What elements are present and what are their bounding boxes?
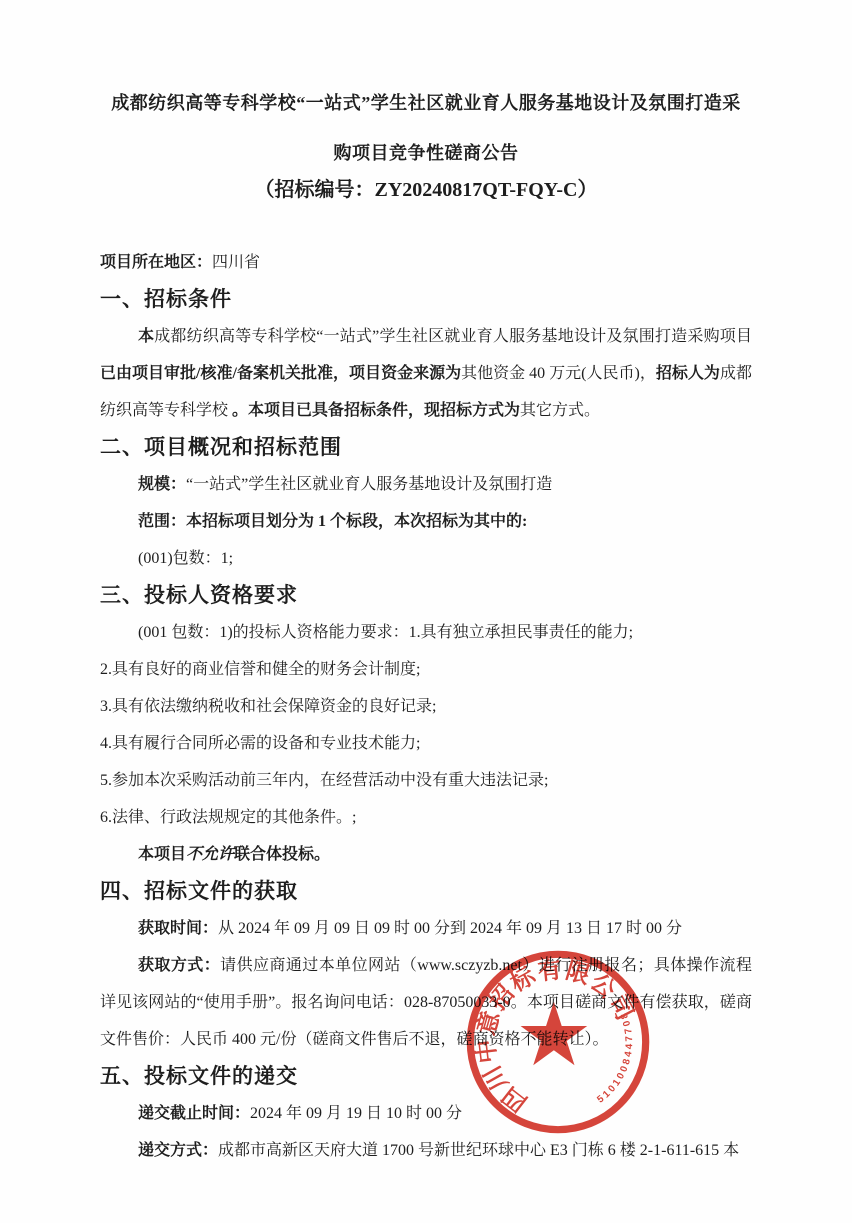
qualification-item-6: 6.法律、行政法规规定的其他条件。; [100,799,752,836]
qualification-item-4: 4.具有履行合同所必需的设备和专业技术能力; [100,725,752,762]
text-run: 已由项目审批/核准/备案机关批准，项目资金来源为 [100,365,461,382]
project-scope: 范围：本招标项目划分为 1 个标段，本次招标为其中的: [100,503,752,540]
text-run: 获取方式： [138,957,220,974]
text-run: 成都纺织高等专科学校“一站式”学生社区就业育人服务基地设计及氛围打造采购项目 [154,328,752,345]
joint-bid-statement: 本项目不允许联合体投标。 [100,836,752,873]
qualification-item-2: 2.具有良好的商业信誉和健全的财务会计制度; [100,651,752,688]
text-run: 本 [138,328,154,345]
bid-number: （招标编号：ZY20240817QT-FQY-C） [100,172,752,208]
qualification-item-5: 5.参加本次采购活动前三年内，在经营活动中没有重大违法记录; [100,762,752,799]
project-scale: 规模：“一站式”学生社区就业育人服务基地设计及氛围打造 [100,466,752,503]
obtain-time: 获取时间：从 2024 年 09 月 09 日 09 时 00 分到 2024 … [100,910,752,947]
text-run: 获取时间： [138,920,218,937]
section-4-heading: 四、招标文件的获取 [100,873,752,910]
text-run: 从 2024 年 09 月 09 日 09 时 00 分到 2024 年 09 … [218,920,682,937]
text-run: 联合体投标。 [234,846,330,863]
text-run: 。本项目已具备招标条件，现招标方式为 [232,402,520,419]
company-seal: 四川中意招标有限公司 5101008447708 [460,944,656,1140]
text-run: 其它方式。 [520,402,600,419]
section-1-heading: 一、招标条件 [100,281,752,318]
project-location: 项目所在地区：四川省 [100,244,752,281]
text-run: 本项目 [138,846,186,863]
package-count: (001)包数：1; [100,540,752,577]
document-title-line2: 购项目竞争性磋商公告 [100,128,752,178]
text-run: 其他资金 40 万元(人民币)， [461,365,656,382]
section-3-heading: 三、投标人资格要求 [100,577,752,614]
section-2-heading: 二、项目概况和招标范围 [100,429,752,466]
document-title-line1: 成都纺织高等专科学校“一站式”学生社区就业育人服务基地设计及氛围打造采 [100,78,752,128]
qualification-item-1: (001 包数：1)的投标人资格能力要求：1.具有独立承担民事责任的能力; [100,614,752,651]
section-1-paragraph: 本成都纺织高等专科学校“一站式”学生社区就业育人服务基地设计及氛围打造采购项目已… [100,318,752,429]
text-run: 不允许 [186,846,234,863]
qualification-item-3: 3.具有依法缴纳税收和社会保障资金的良好记录; [100,688,752,725]
text-run: 成都市高新区天府大道 1700 号新世纪环球中心 E3 门栋 6 楼 2-1-6… [218,1142,739,1159]
text-run: 2024 年 09 月 19 日 10 时 00 分 [250,1105,462,1122]
text-run: 项目所在地区： [100,254,212,271]
text-run: 递交截止时间： [138,1105,250,1122]
text-run: 四川省 [212,254,260,271]
text-run: “一站式”学生社区就业育人服务基地设计及氛围打造 [186,476,552,493]
text-run: 递交方式： [138,1142,218,1159]
seal-star-icon [521,1002,588,1065]
document-page: 成都纺织高等专科学校“一站式”学生社区就业育人服务基地设计及氛围打造采 购项目竞… [0,0,852,1223]
text-run: 招标人为 [656,365,720,382]
text-run: 规模： [138,476,186,493]
